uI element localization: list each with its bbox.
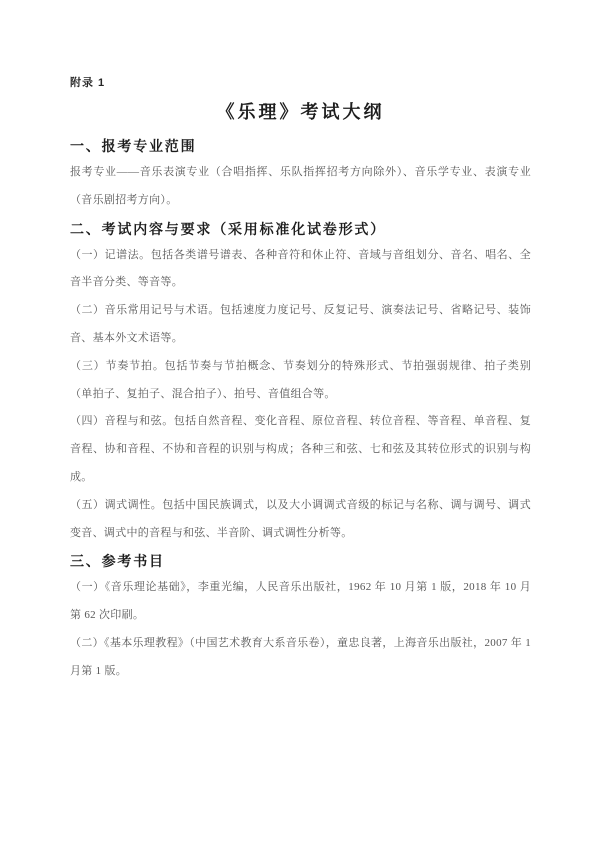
document-title: 《乐理》考试大纲 [70, 103, 531, 122]
document-page: 附录 1 《乐理》考试大纲 一、报考专业范围 报考专业——音乐表演专业（合唱指挥… [0, 0, 600, 849]
appendix-label: 附录 1 [70, 77, 531, 90]
section-3-paragraph-2: （二）《基本乐理教程》（中国艺术教育大系音乐卷），童忠良著，上海音乐出版社，20… [70, 630, 531, 686]
section-3-heading: 三、参考书目 [70, 554, 531, 569]
document-content: 附录 1 《乐理》考试大纲 一、报考专业范围 报考专业——音乐表演专业（合唱指挥… [70, 77, 531, 686]
section-1-heading: 一、报考专业范围 [70, 139, 531, 154]
section-2-paragraph-1: （一）记谱法。包括各类谱号谱表、各种音符和休止符、音域与音组划分、音名、唱名、全… [70, 242, 531, 298]
section-2-paragraph-4: （四）音程与和弦。包括自然音程、变化音程、原位音程、转位音程、等音程、单音程、复… [70, 408, 531, 491]
section-2-paragraph-3: （三）节奏节拍。包括节奏与节拍概念、节奏划分的特殊形式、节拍强弱规律、拍子类别（… [70, 353, 531, 409]
section-2-heading: 二、考试内容与要求（采用标准化试卷形式） [70, 222, 531, 237]
section-3-paragraph-1: （一）《音乐理论基础》，李重光编，人民音乐出版社，1962 年 10 月第 1 … [70, 574, 531, 630]
section-2-paragraph-2: （二）音乐常用记号与术语。包括速度力度记号、反复记号、演奏法记号、省略记号、装饰… [70, 297, 531, 353]
section-2-paragraph-5: （五）调式调性。包括中国民族调式，以及大小调调式音级的标记与名称、调与调号、调式… [70, 492, 531, 548]
section-1-paragraph-1: 报考专业——音乐表演专业（合唱指挥、乐队指挥招考方向除外）、音乐学专业、表演专业… [70, 159, 531, 215]
